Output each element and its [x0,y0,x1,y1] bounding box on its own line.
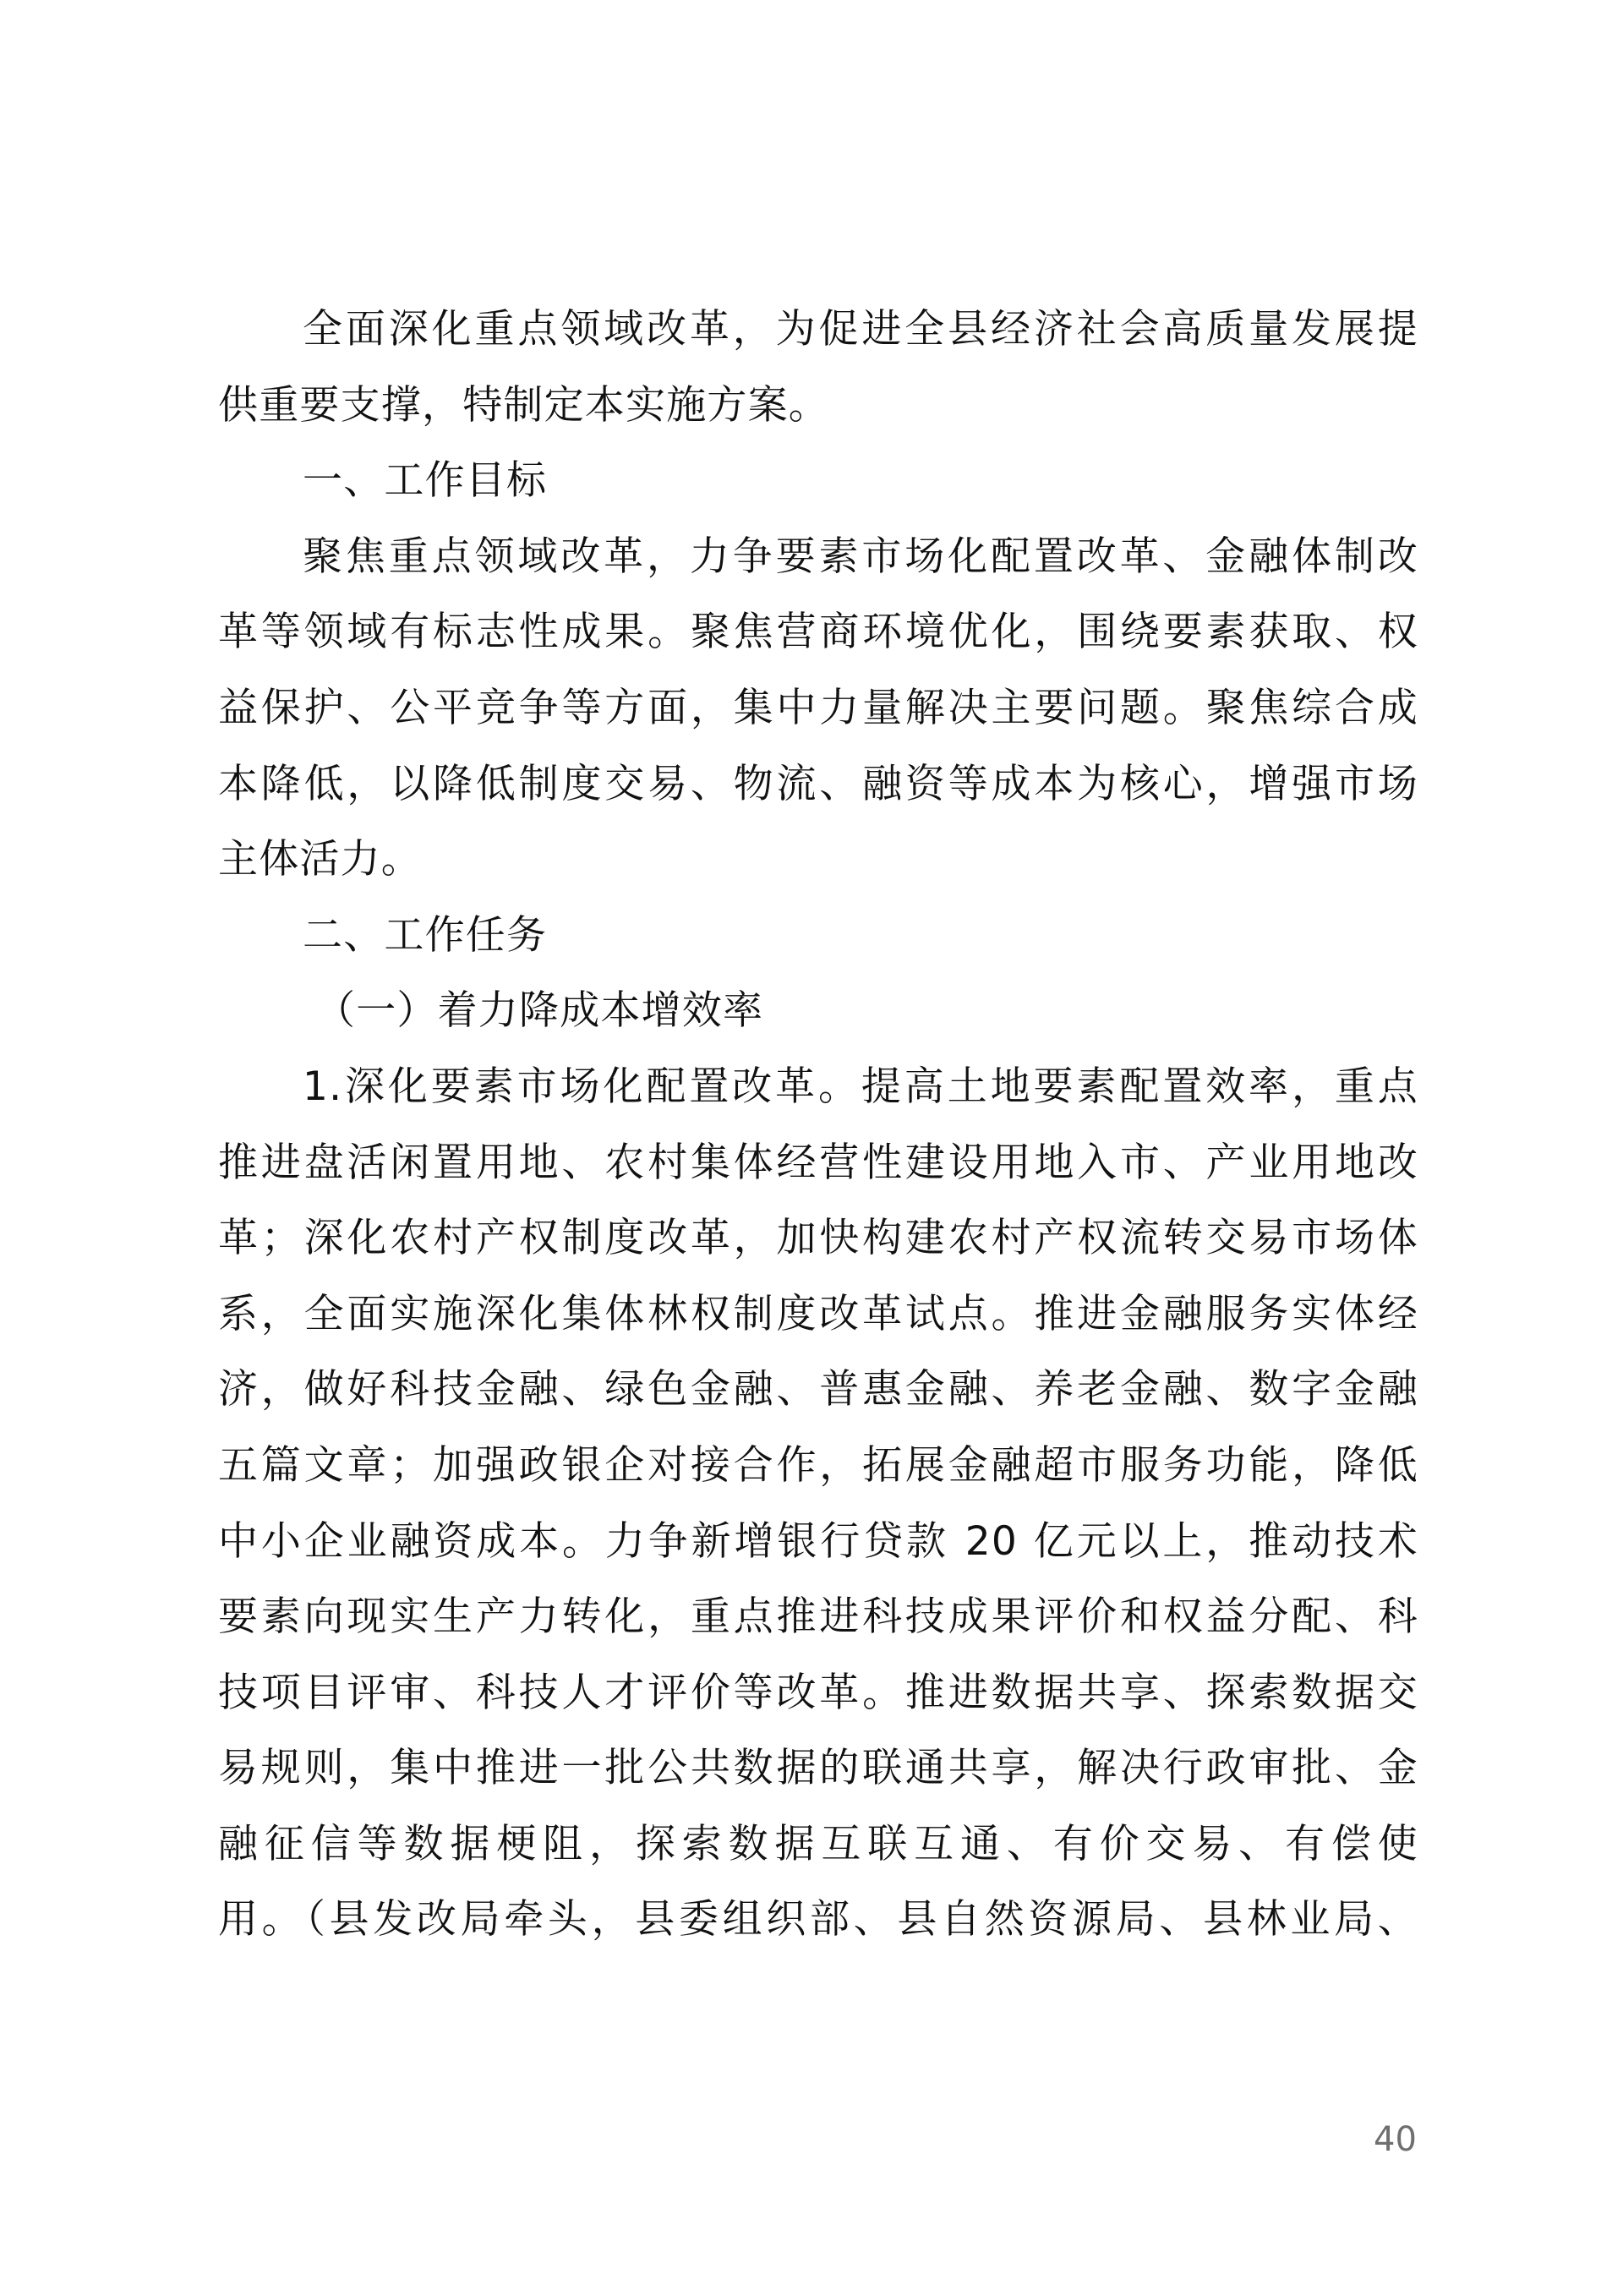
document-body: 全面深化重点领域改革，为促进全县经济社会高质量发展提 供重要支撑，特制定本实施方… [218,292,1418,1958]
task1-line-5: 济，做好科技金融、绿色金融、普惠金融、养老金融、数字金融 [218,1352,1418,1428]
subsection-heading-reduce-costs: （一）着力降成本增效率 [218,973,1418,1049]
page-number: 40 [1374,2120,1417,2159]
task1-line-4: 系，全面实施深化集体林权制度改革试点。推进金融服务实体经 [218,1276,1418,1353]
goals-line-2: 革等领域有标志性成果。聚焦营商环境优化，围绕要素获取、权 [218,594,1418,670]
task1-line-6: 五篇文章；加强政银企对接合作，拓展金融超市服务功能，降低 [218,1428,1418,1504]
task1-line-7: 中小企业融资成本。力争新增银行贷款 20 亿元以上，推动技术 [218,1504,1418,1580]
task1-line-3: 革；深化农村产权制度改革，加快构建农村产权流转交易市场体 [218,1200,1418,1276]
goals-line-3: 益保护、公平竞争等方面，集中力量解决主要问题。聚焦综合成 [218,670,1418,746]
goals-line-5: 主体活力。 [218,822,1418,898]
task1-line-9: 技项目评审、科技人才评价等改革。推进数据共享、探索数据交 [218,1655,1418,1731]
document-page: 全面深化重点领域改革，为促进全县经济社会高质量发展提 供重要支撑，特制定本实施方… [0,0,1623,2296]
intro-line-2: 供重要支撑，特制定本实施方案。 [218,368,1418,444]
task1-line-1: 1.深化要素市场化配置改革。提高土地要素配置效率，重点 [218,1049,1418,1125]
section-heading-tasks: 二、工作任务 [218,898,1418,974]
task1-line-8: 要素向现实生产力转化，重点推进科技成果评价和权益分配、科 [218,1579,1418,1655]
intro-line-1: 全面深化重点领域改革，为促进全县经济社会高质量发展提 [218,292,1418,368]
section-heading-goals: 一、工作目标 [218,443,1418,519]
task1-line-10: 易规则，集中推进一批公共数据的联通共享，解决行政审批、金 [218,1730,1418,1807]
task1-line-12: 用。（县发改局牵头，县委组织部、县自然资源局、县林业局、 [218,1882,1418,1958]
goals-line-4: 本降低，以降低制度交易、物流、融资等成本为核心，增强市场 [218,746,1418,823]
task1-line-2: 推进盘活闲置用地、农村集体经营性建设用地入市、产业用地改 [218,1125,1418,1201]
goals-line-1: 聚焦重点领域改革，力争要素市场化配置改革、金融体制改 [218,519,1418,595]
task1-line-11: 融征信等数据梗阻，探索数据互联互通、有价交易、有偿使 [218,1807,1418,1883]
